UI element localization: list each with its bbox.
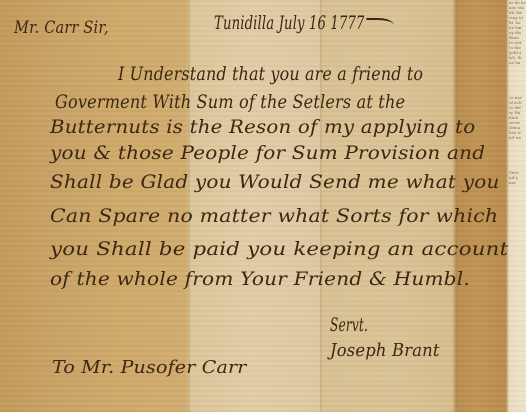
place-date-text: Tunidilla July 16 1777 [214,12,365,34]
place-date-line: Tunidilla July 16 1777 [214,12,394,34]
body-line: Shall be Glad you Would Send me what you [50,171,500,193]
body-line: Can Spare no matter what Sorts for which [50,205,498,227]
body-line: you Shall be paid you keeping an account [50,238,508,260]
signature: Joseph Brant [330,340,440,361]
book-page-edge: as do he any sea ith the ving to ld, ho … [509,0,526,412]
letter-photo: as do he any sea ith the ving to ld, ho … [0,0,526,412]
salutation: Mr. Carr Sir, [14,18,109,38]
body-line: of the whole from Your Friend & Humbl. [50,268,470,290]
book-gap [509,65,526,95]
book-text-line: nor [509,180,526,185]
body-line: you & those People for Sum Provision and [50,142,485,164]
closing: Servt. [330,314,368,336]
book-gap [509,140,526,170]
addressee-line: To Mr. Pusofer Carr [52,357,247,378]
body-line: Goverment With Sum of the Setlers at the [55,91,405,113]
body-line: I Understand that you are a friend to [118,63,423,85]
body-line: Butternuts is the Reson of my applying t… [50,116,475,138]
flourish-mark [366,18,394,30]
